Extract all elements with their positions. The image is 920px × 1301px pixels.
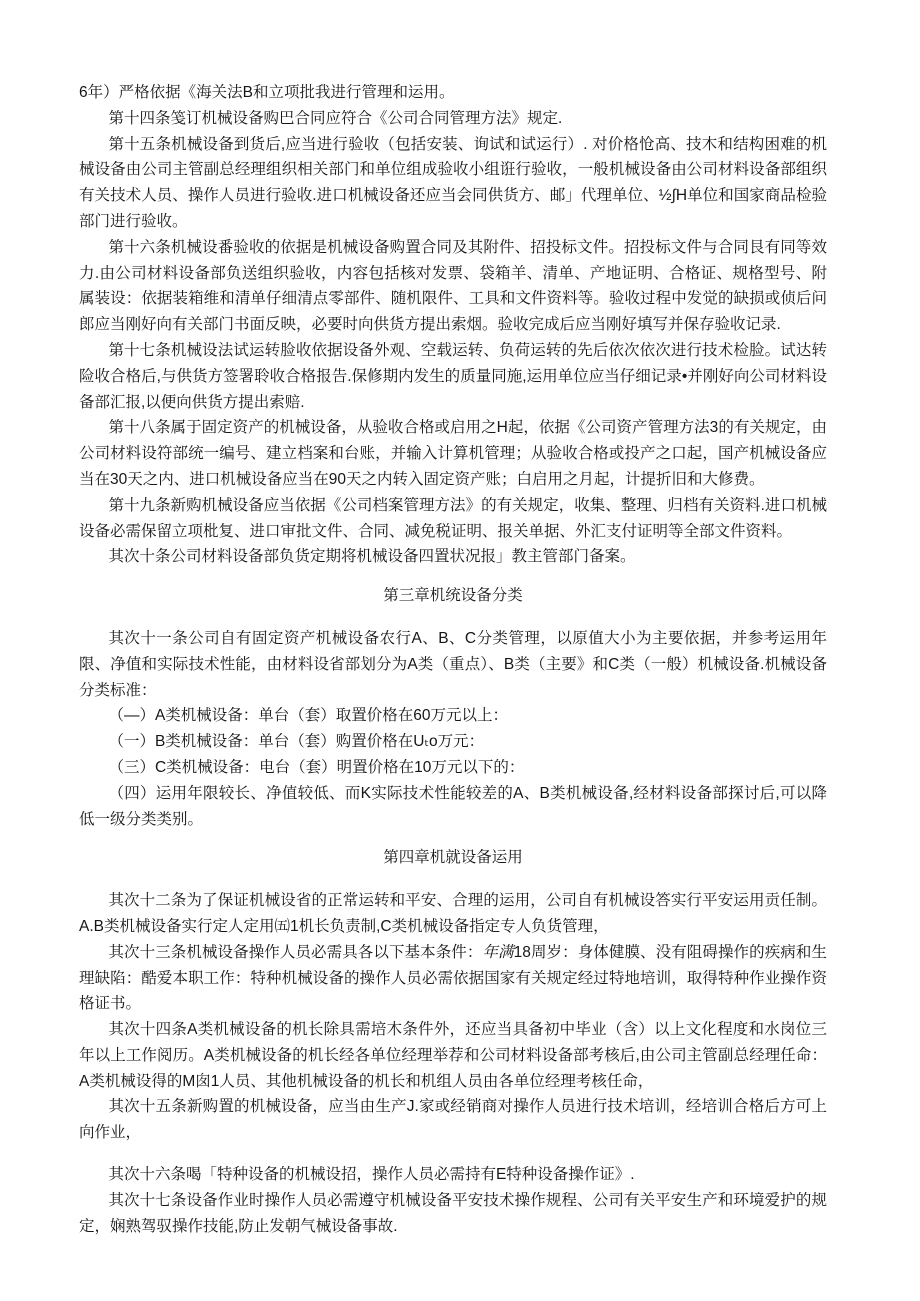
paragraph-article-22: 其次十二条为了保证机械设省的正常运转和平安、合理的运用，公司自有机械设答实行平安…	[79, 888, 827, 940]
chapter-4-heading: 第四章机就设备运用	[79, 845, 827, 871]
paragraph-article-15: 第十五条机械设备到货后,应当进行验收（包括安装、询试和试运行）. 对价格怆高、技…	[79, 132, 827, 235]
paragraph-article-17: 第十七条机械设法试运转脸收依据设备外观、空载运转、负荷运转的先后依次依次进行技术…	[79, 338, 827, 415]
list-item-class-b: （一）B类机械设备：单台（套）购置价格在Uₜo万元：	[79, 729, 827, 755]
list-item-class-c: （三）C类机械设备：电台（套）明置价格在10万元以下的：	[79, 755, 827, 781]
paragraph-article-25: 其次十五条新购置的机械设备，应当由生产J.家或经销商对操作人员进行技术培训，经培…	[79, 1094, 827, 1146]
paragraph-article-23: 其次十三条机械设备操作人员必需具各以下基本条件：年满18周岁：身体健膜、没有阻碍…	[79, 940, 827, 1017]
paragraph-article-21: 其次十一条公司自有固定资产机械设备农行A、B、C分类管理，以原值大小为主要依据，…	[79, 626, 827, 703]
paragraph-article-18: 第十八条属于固定资产的机械设备，从验收合格或启用之H起，依据《公司资产管理方法3…	[79, 415, 827, 492]
paragraph-article-26: 其次十六条喝「特种设备的机械设招，操作人员必需持有E特种设备操作证》.	[79, 1162, 827, 1188]
list-item-class-a: （—）A类机械设备：单台（套）取置价格在60万元以上：	[79, 703, 827, 729]
paragraph-article-16: 第十六条机械设番验收的依据是机械设备购置合同及其附件、招投标文件。招投标文件与合…	[79, 235, 827, 338]
article-23-italic-age: 年满	[482, 944, 513, 961]
paragraph-article-19: 第十九条新购机械设备应当依据《公司档案管理方法》的有关规定，收集、整理、归档有关…	[79, 493, 827, 545]
document-page: 6年）严格依据《海关法B和立项批我进行管理和运用。 第十四条笺订机械设备购巴合同…	[0, 0, 920, 1301]
article-23-lead: 其次十三条机械设备操作人员必需具各以下基本条件：	[108, 944, 482, 961]
list-item-downgrade-rule: （四）运用年限较长、净值较低、而K实际技术性能较差的A、B类机械设备,经材料设备…	[79, 781, 827, 833]
paragraph-article-20: 其次十条公司材料设备部负货定期将机械设备四置状况报」教主管部门备案。	[79, 544, 827, 570]
paragraph-article-14: 第十四条笺订机械设备购巴合同应符合《公司合同管理方法》规定.	[79, 106, 827, 132]
chapter-3-heading: 第三章机统设备分类	[79, 583, 827, 609]
paragraph-article-24: 其次十四条A类机械设备的机长除具需培木条件外，还应当具备初中毕业（含）以上文化程…	[79, 1017, 827, 1094]
paragraph-continuation: 6年）严格依据《海关法B和立项批我进行管理和运用。	[79, 80, 827, 106]
paragraph-article-27: 其次十七条设备作业时操作人员必需遵守机械设备平安技术操作规程、公司有关平安生产和…	[79, 1188, 827, 1240]
